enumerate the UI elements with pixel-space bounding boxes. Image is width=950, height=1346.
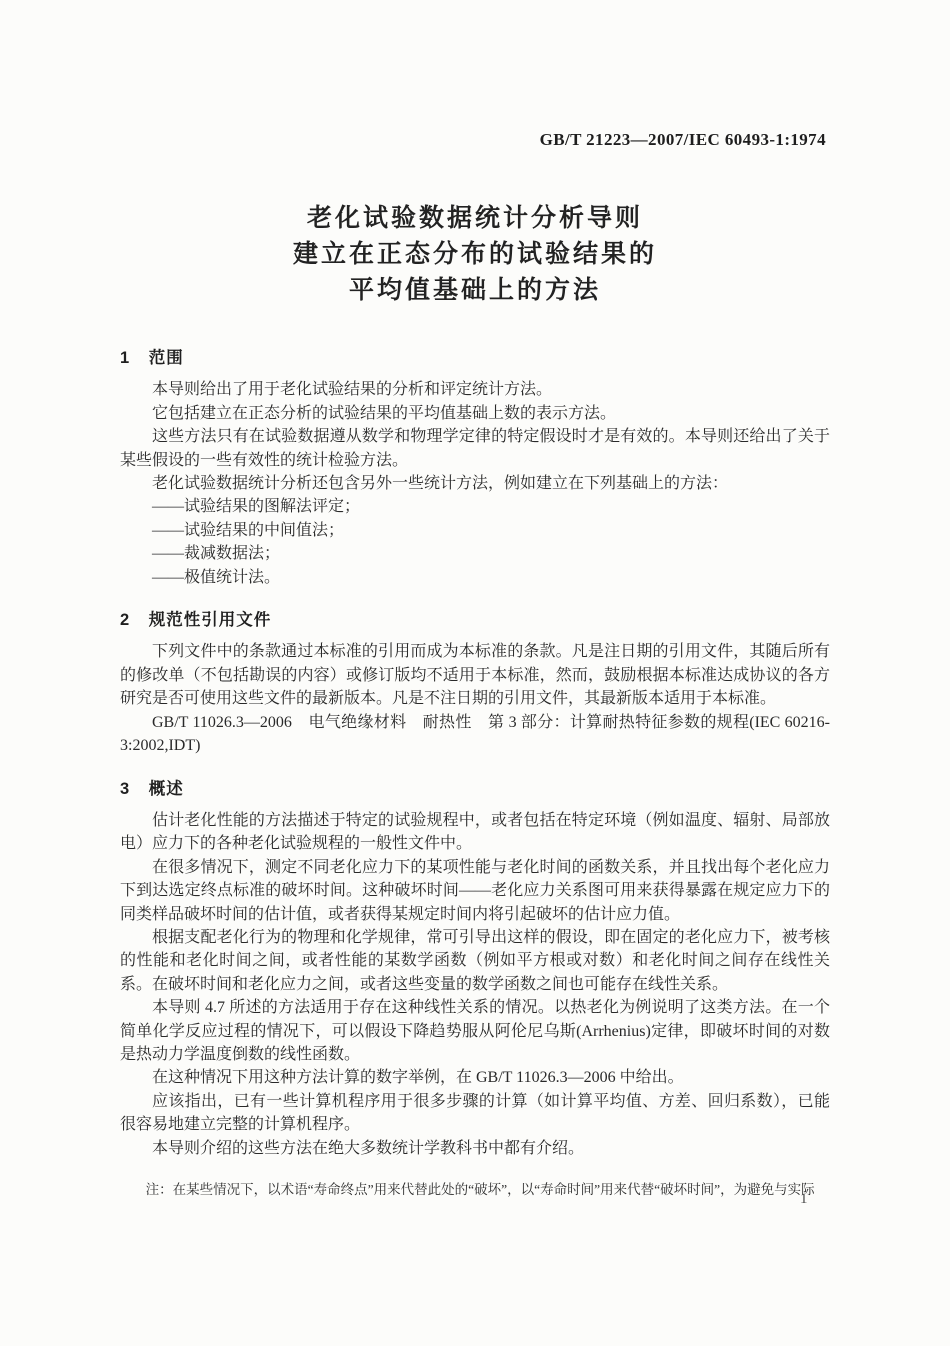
section-2-heading: 2 规范性引用文件 xyxy=(120,609,830,632)
paragraph: 本导则给出了用于老化试验结果的分析和评定统计方法。 xyxy=(120,378,830,401)
dash-list-item: ——裁减数据法； xyxy=(120,542,830,565)
section-3-title: 概述 xyxy=(149,780,184,798)
paragraph: 它包括建立在正态分析的试验结果的平均值基础上数的表示方法。 xyxy=(120,402,830,425)
standard-code: GB/T 21223—2007/IEC 60493-1:1974 xyxy=(540,130,826,150)
paragraph: 根据支配老化行为的物理和化学规律，常可引导出这样的假设，即在固定的老化应力下，被… xyxy=(120,926,830,996)
paragraph: 本导则 4.7 所述的方法适用于存在这种线性关系的情况。以热老化为例说明了这类方… xyxy=(120,996,830,1066)
section-2-title: 规范性引用文件 xyxy=(149,611,272,629)
dash-list-item: ——试验结果的中间值法； xyxy=(120,519,830,542)
section-3-number: 3 xyxy=(120,778,129,801)
document-page: GB/T 21223—2007/IEC 60493-1:1974 老化试验数据统… xyxy=(0,0,950,1346)
section-1-number: 1 xyxy=(120,347,129,370)
title-line-1: 老化试验数据统计分析导则 xyxy=(0,200,950,236)
section-2-number: 2 xyxy=(120,609,129,632)
section-normative-references: 2 规范性引用文件 下列文件中的条款通过本标准的引用而成为本标准的条款。凡是注日… xyxy=(120,609,830,757)
paragraph: 应该指出，已有一些计算机程序用于很多步骤的计算（如计算平均值、方差、回归系数），… xyxy=(120,1090,830,1137)
paragraph: 本导则介绍的这些方法在绝大多数统计学教科书中都有介绍。 xyxy=(120,1137,830,1160)
paragraph: 老化试验数据统计分析还包含另外一些统计方法，例如建立在下列基础上的方法： xyxy=(120,472,830,495)
paragraph: 估计老化性能的方法描述于特定的试验规程中，或者包括在特定环境（例如温度、辐射、局… xyxy=(120,809,830,856)
section-3-heading: 3 概述 xyxy=(120,778,830,801)
section-overview: 3 概述 估计老化性能的方法描述于特定的试验规程中，或者包括在特定环境（例如温度… xyxy=(120,778,830,1161)
document-body: 1 范围 本导则给出了用于老化试验结果的分析和评定统计方法。 它包括建立在正态分… xyxy=(120,347,830,1199)
paragraph: 下列文件中的条款通过本标准的引用而成为本标准的条款。凡是注日期的引用文件，其随后… xyxy=(120,640,830,710)
title-line-2: 建立在正态分布的试验结果的 xyxy=(0,236,950,272)
referenced-standard: GB/T 11026.3—2006 电气绝缘材料 耐热性 第 3 部分：计算耐热… xyxy=(120,711,830,758)
dash-list-item: ——试验结果的图解法评定； xyxy=(120,495,830,518)
section-1-title: 范围 xyxy=(149,349,184,367)
dash-list-item: ——极值统计法。 xyxy=(120,566,830,589)
document-title: 老化试验数据统计分析导则 建立在正态分布的试验结果的 平均值基础上的方法 xyxy=(0,200,950,308)
footnote: 注：在某些情况下，以术语“寿命终点”用来代替此处的“破坏”，以“寿命时间”用来代… xyxy=(120,1180,830,1199)
paragraph: 在很多情况下，测定不同老化应力下的某项性能与老化时间的函数关系，并且找出每个老化… xyxy=(120,856,830,926)
paragraph: 在这种情况下用这种方法计算的数字举例，在 GB/T 11026.3—2006 中… xyxy=(120,1066,830,1089)
section-1-heading: 1 范围 xyxy=(120,347,830,370)
section-scope: 1 范围 本导则给出了用于老化试验结果的分析和评定统计方法。 它包括建立在正态分… xyxy=(120,347,830,589)
paragraph: 这些方法只有在试验数据遵从数学和物理学定律的特定假设时才是有效的。本导则还给出了… xyxy=(120,425,830,472)
title-line-3: 平均值基础上的方法 xyxy=(0,272,950,308)
page-number: 1 xyxy=(800,1191,808,1208)
